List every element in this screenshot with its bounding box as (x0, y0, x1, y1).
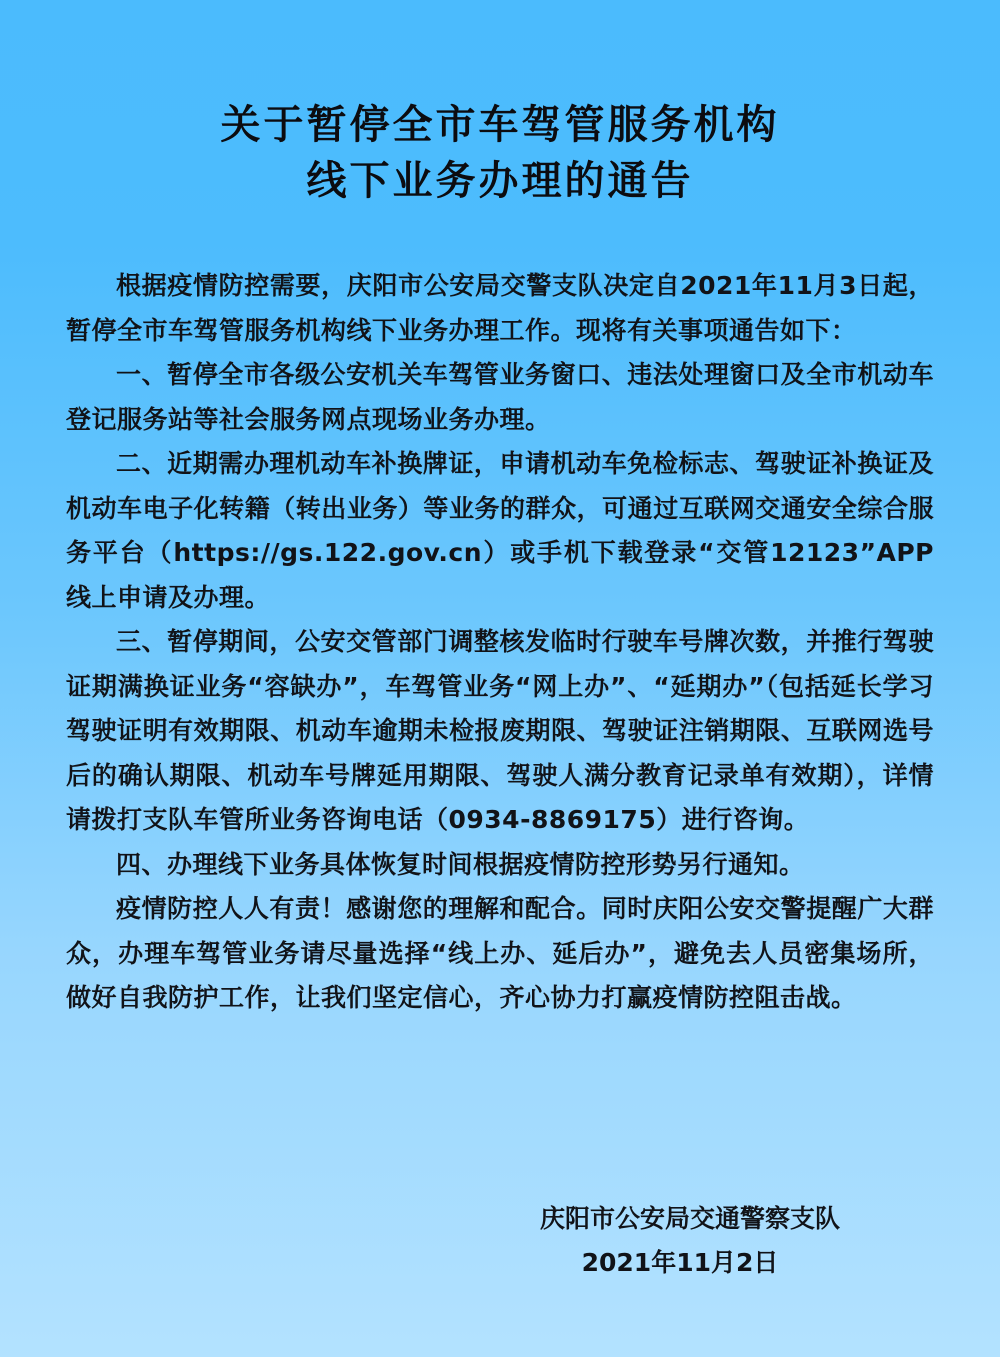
signature-organization: 庆阳市公安局交通警察支队 (480, 1197, 900, 1241)
intro-paragraph: 根据疫情防控需要，庆阳市公安局交警支队决定自2021年11月3日起，暂停全市车驾… (66, 264, 934, 353)
item-3-paragraph: 三、暂停期间，公安交管部门调整核发临时行驶车号牌次数，并推行驾驶证期满换证业务“… (66, 620, 934, 843)
notice-title-line-1: 关于暂停全市车驾管服务机构 (0, 97, 1000, 153)
closing-paragraph: 疫情防控人人有责！感谢您的理解和配合。同时庆阳公安交警提醒广大群众，办理车驾管业… (66, 887, 934, 1021)
notice-title-line-2: 线下业务办理的通告 (0, 153, 1000, 209)
notice-body: 根据疫情防控需要，庆阳市公安局交警支队决定自2021年11月3日起，暂停全市车驾… (66, 264, 934, 1021)
item-4-paragraph: 四、办理线下业务具体恢复时间根据疫情防控形势另行通知。 (66, 843, 934, 888)
item-1-paragraph: 一、暂停全市各级公安机关车驾管业务窗口、违法处理窗口及全市机动车登记服务站等社会… (66, 353, 934, 442)
signature-date: 2021年11月2日 (470, 1241, 890, 1285)
item-2-paragraph: 二、近期需办理机动车补换牌证，申请机动车免检标志、驾驶证补换证及机动车电子化转籍… (66, 442, 934, 620)
notice-document: 关于暂停全市车驾管服务机构 线下业务办理的通告 根据疫情防控需要，庆阳市公安局交… (0, 0, 1000, 1357)
